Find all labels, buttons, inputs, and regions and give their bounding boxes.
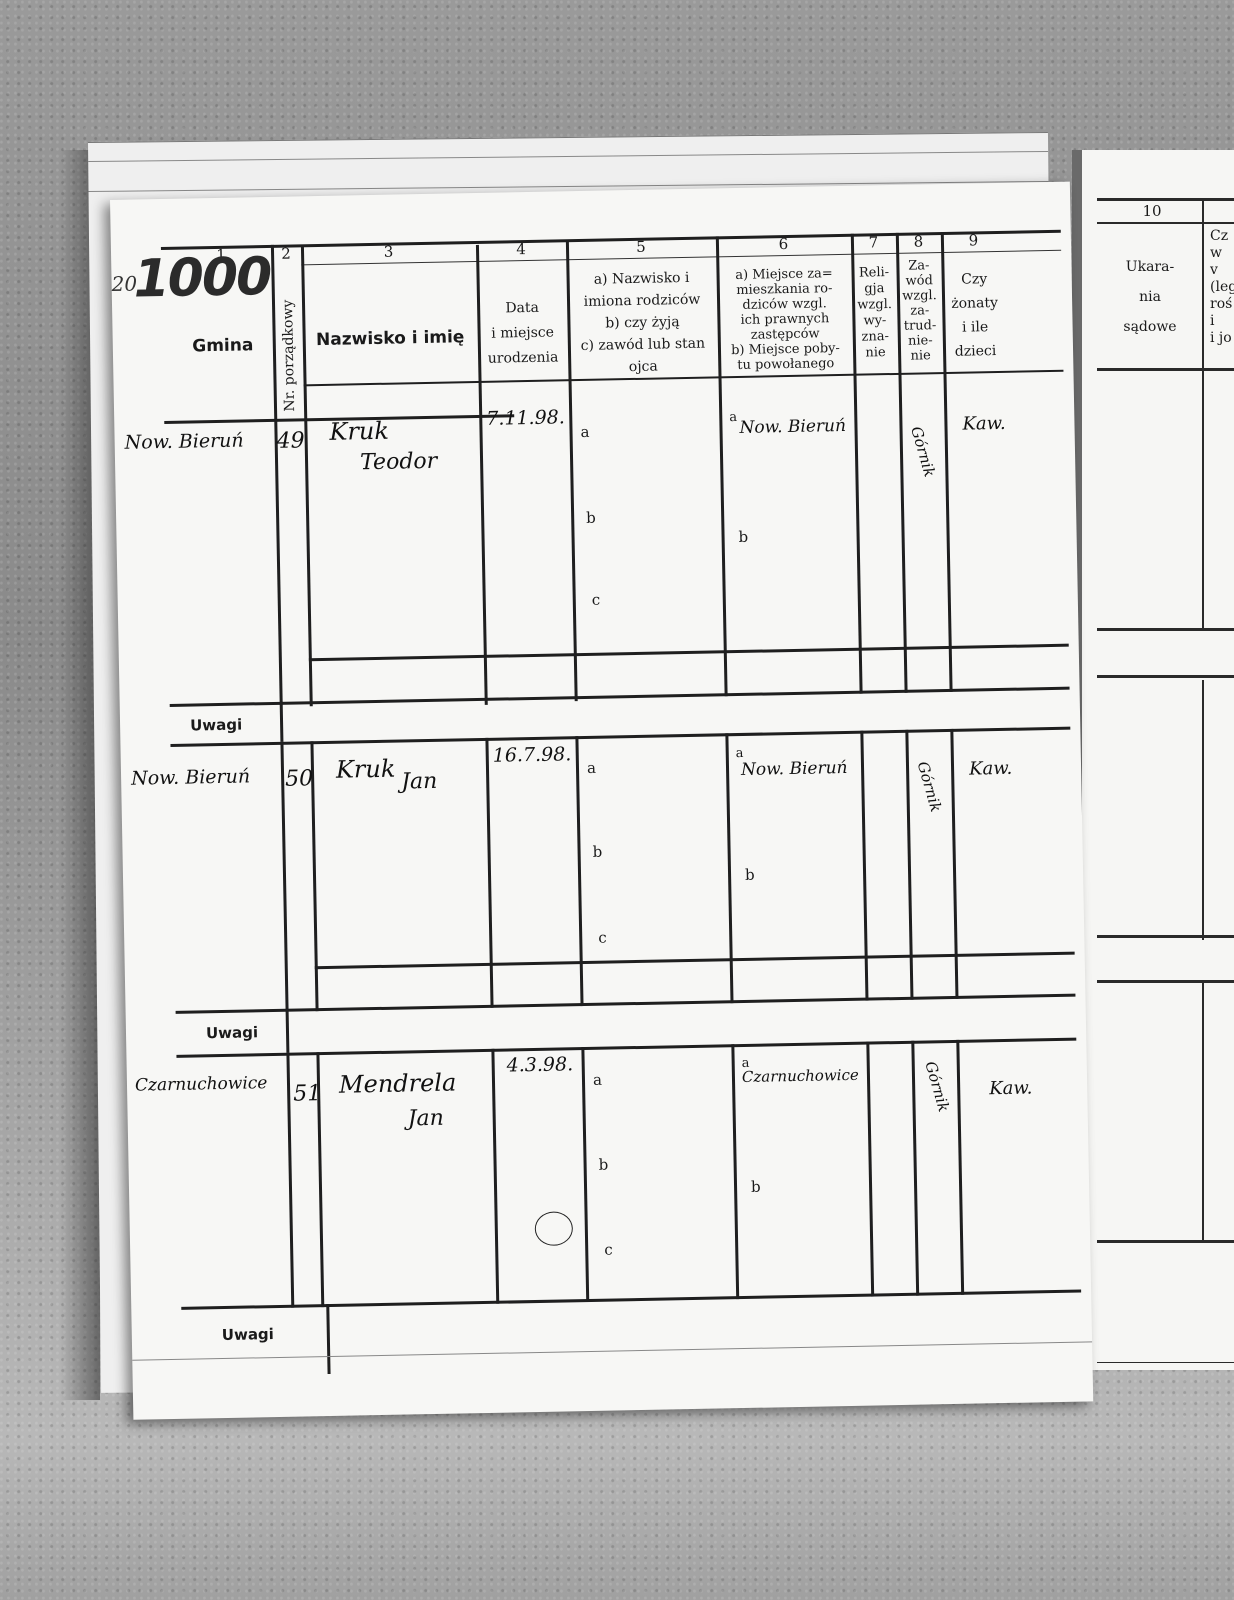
entry-gmina: Czarnuchowice — [135, 1073, 268, 1096]
rule — [1097, 980, 1234, 983]
header-col8: Za- wód wzgl. za- trud- nie- nie — [896, 258, 943, 364]
header-line: i miejsce — [477, 320, 567, 347]
col-divider-7 — [905, 730, 913, 1000]
rule — [1097, 222, 1234, 224]
header-line: w — [1210, 245, 1234, 262]
column-number-3: 3 — [301, 241, 476, 262]
column-number-10: 10 — [1102, 202, 1202, 220]
col-divider-3 — [485, 738, 493, 1008]
remarks-label: Uwagi — [222, 1325, 274, 1344]
sub-label-c: c — [604, 1241, 613, 1259]
header-line: gja — [852, 281, 897, 298]
remarks-label: Uwagi — [190, 716, 242, 735]
header-line: sądowe — [1100, 312, 1200, 342]
entry-occupation: Górnik — [914, 759, 946, 814]
header-line: v — [1210, 262, 1234, 279]
rule — [1097, 198, 1234, 201]
sub-label-a: a — [736, 746, 744, 761]
entry-birth-date: 16.7.98. — [493, 743, 572, 767]
header-col4: Data i miejsce urodzenia — [477, 295, 568, 372]
column-number-6: 6 — [716, 234, 851, 255]
col-divider-8 — [950, 729, 958, 999]
entry-gmina: Now. Bieruń — [131, 765, 250, 789]
header-line: a) Nazwisko i — [566, 266, 716, 291]
header-gmina: Gmina — [173, 337, 273, 356]
facing-page: 10 Ukara- nia sądowe Cz w v (leg roś i i… — [1072, 150, 1234, 1370]
header-nr-porzadkowy: Nr. porządkowy — [280, 300, 298, 412]
column-divider — [1202, 680, 1204, 940]
entry-nr: 51 — [293, 1081, 321, 1107]
header-line: ojca — [568, 354, 718, 379]
column-number-2: 2 — [271, 244, 301, 263]
header-line: nie — [898, 348, 943, 364]
header-col6: a) Miejsce za= mieszkania ro- dziców wzg… — [716, 266, 853, 374]
col-divider-5 — [731, 1044, 739, 1299]
column-number-9: 9 — [941, 231, 1006, 250]
header-line: Ukara- — [1100, 252, 1200, 282]
header-line: i ile — [942, 315, 1007, 340]
header-line: i — [1210, 313, 1234, 330]
rule — [1097, 675, 1234, 678]
header-line: Cz — [1210, 228, 1234, 245]
col-divider-5 — [725, 733, 733, 1003]
ruling-line — [88, 151, 1048, 162]
remarks-divider — [286, 1009, 290, 1053]
header-line: nie- — [898, 333, 943, 349]
header-line: dzieci — [943, 339, 1008, 364]
entry-marital: Kaw. — [962, 413, 1006, 435]
entry-surname: Kruk — [336, 755, 396, 784]
ruling-line — [132, 1341, 1092, 1360]
column-number-7: 7 — [851, 233, 896, 252]
stamp-number: 1000 — [133, 247, 271, 310]
entry-birth-date: 4.3.98. — [506, 1053, 573, 1076]
sub-label-b: b — [586, 509, 596, 527]
remarks-label: Uwagi — [206, 1023, 258, 1042]
column-divider — [1202, 980, 1204, 1240]
header-col9: Czy żonaty i ile dzieci — [941, 267, 1008, 364]
header-line: Za- — [896, 258, 941, 274]
sub-label-b: b — [745, 866, 755, 884]
sub-label-a: a — [580, 423, 589, 441]
header-line: urodzenia — [478, 345, 568, 372]
remarks-top-rule — [181, 1290, 1081, 1310]
column-number-5: 5 — [566, 236, 716, 257]
header-line: mieszkania ro- — [717, 281, 852, 299]
header-line: roś — [1210, 296, 1234, 313]
col-divider-6 — [866, 1042, 874, 1297]
sub-label-c: c — [598, 929, 607, 947]
remarks-divider — [280, 702, 284, 742]
entry-nr: 50 — [285, 766, 313, 792]
col-divider-6 — [860, 731, 868, 1001]
sub-label-a: a — [587, 759, 596, 777]
header-line: (leg — [1210, 279, 1234, 296]
entry-given-name: Jan — [401, 769, 438, 795]
sub-label-b: b — [738, 528, 748, 546]
col-divider-4 — [575, 736, 583, 1006]
header-line: za- — [897, 303, 942, 319]
header-line: wód — [897, 273, 942, 289]
col11-header-partial: Cz w v (leg roś i i jo — [1202, 228, 1234, 347]
header-line: nie — [853, 345, 898, 362]
entry-residence-a: Czarnuchowice — [742, 1066, 859, 1086]
entry-occupation: Górnik — [921, 1059, 953, 1114]
entry-nr: 49 — [276, 428, 304, 454]
header-line: Reli- — [851, 265, 896, 282]
col-divider-8 — [956, 1040, 964, 1295]
sub-label-c: c — [592, 591, 601, 609]
col-divider-7 — [911, 1041, 919, 1296]
sub-label-b: b — [751, 1178, 761, 1196]
entry-residence-a: Now. Bieruń — [741, 758, 848, 780]
entry-surname: Kruk — [329, 417, 389, 446]
entry-bottom-rule — [315, 952, 1075, 970]
header-line: b) czy żyją — [567, 310, 717, 335]
header-line: wy- — [852, 313, 897, 330]
rule — [1097, 1362, 1234, 1363]
entry-surname: Mendrela — [339, 1069, 457, 1099]
entry-gmina: Now. Bieruń — [124, 429, 243, 453]
rule — [1097, 935, 1234, 938]
rule — [1097, 1240, 1234, 1243]
header-line: i jo — [1210, 330, 1234, 347]
remarks-top-rule — [170, 687, 1070, 707]
header-line: trud- — [897, 318, 942, 334]
header-line: Data — [477, 295, 567, 322]
entry-bottom-rule — [309, 644, 1069, 662]
entry-marital: Kaw. — [989, 1077, 1033, 1099]
col-divider-4 — [581, 1047, 589, 1302]
header-line: wzgl. — [852, 297, 897, 314]
header-line: tu powołanego — [718, 356, 853, 374]
sub-label-b: b — [598, 1156, 608, 1174]
rule — [1097, 368, 1234, 371]
header-line: c) zawód lub stan — [568, 332, 718, 357]
header-line: zna- — [853, 329, 898, 346]
remarks-bottom-rule — [176, 1038, 1076, 1058]
remarks-top-rule — [176, 994, 1076, 1014]
header-line: nia — [1100, 282, 1200, 312]
header-line: żonaty — [942, 291, 1007, 316]
entry-given-name: Jan — [407, 1106, 444, 1132]
header-col7: Reli- gja wzgl. wy- zna- nie — [851, 265, 898, 362]
remarks-bottom-rule — [170, 727, 1070, 747]
register-page: 1 2 3 4 5 6 7 8 9 20 1000 Gmina Nr. porz… — [110, 182, 1093, 1420]
rule — [1097, 628, 1234, 631]
col-divider-3 — [491, 1049, 499, 1304]
sub-label-a: a — [729, 410, 737, 425]
entry-given-name: Teodor — [360, 449, 438, 475]
header-line: Czy — [941, 267, 1006, 292]
entry-birth-date: 7.11.98. — [486, 406, 565, 430]
entry-marital: Kaw. — [969, 758, 1013, 780]
sub-label-b: b — [592, 843, 602, 861]
header-nazwisko: Nazwisko i imię — [303, 329, 478, 349]
column-number-4: 4 — [476, 239, 566, 259]
header-line: wzgl. — [897, 288, 942, 304]
header-col5: a) Nazwisko i imiona rodziców b) czy żyj… — [566, 266, 718, 379]
col-divider-2 — [301, 246, 313, 706]
remarks-divider — [326, 1304, 330, 1374]
header-line: imiona rodziców — [567, 288, 717, 313]
entry-occupation: Górnik — [907, 424, 939, 479]
pencil-mark — [535, 1211, 574, 1246]
column-number-8: 8 — [896, 232, 941, 251]
sub-label-a: a — [593, 1071, 602, 1089]
entry-residence-a: Now. Bieruń — [739, 416, 846, 438]
col10-header: Ukara- nia sądowe — [1100, 252, 1200, 342]
